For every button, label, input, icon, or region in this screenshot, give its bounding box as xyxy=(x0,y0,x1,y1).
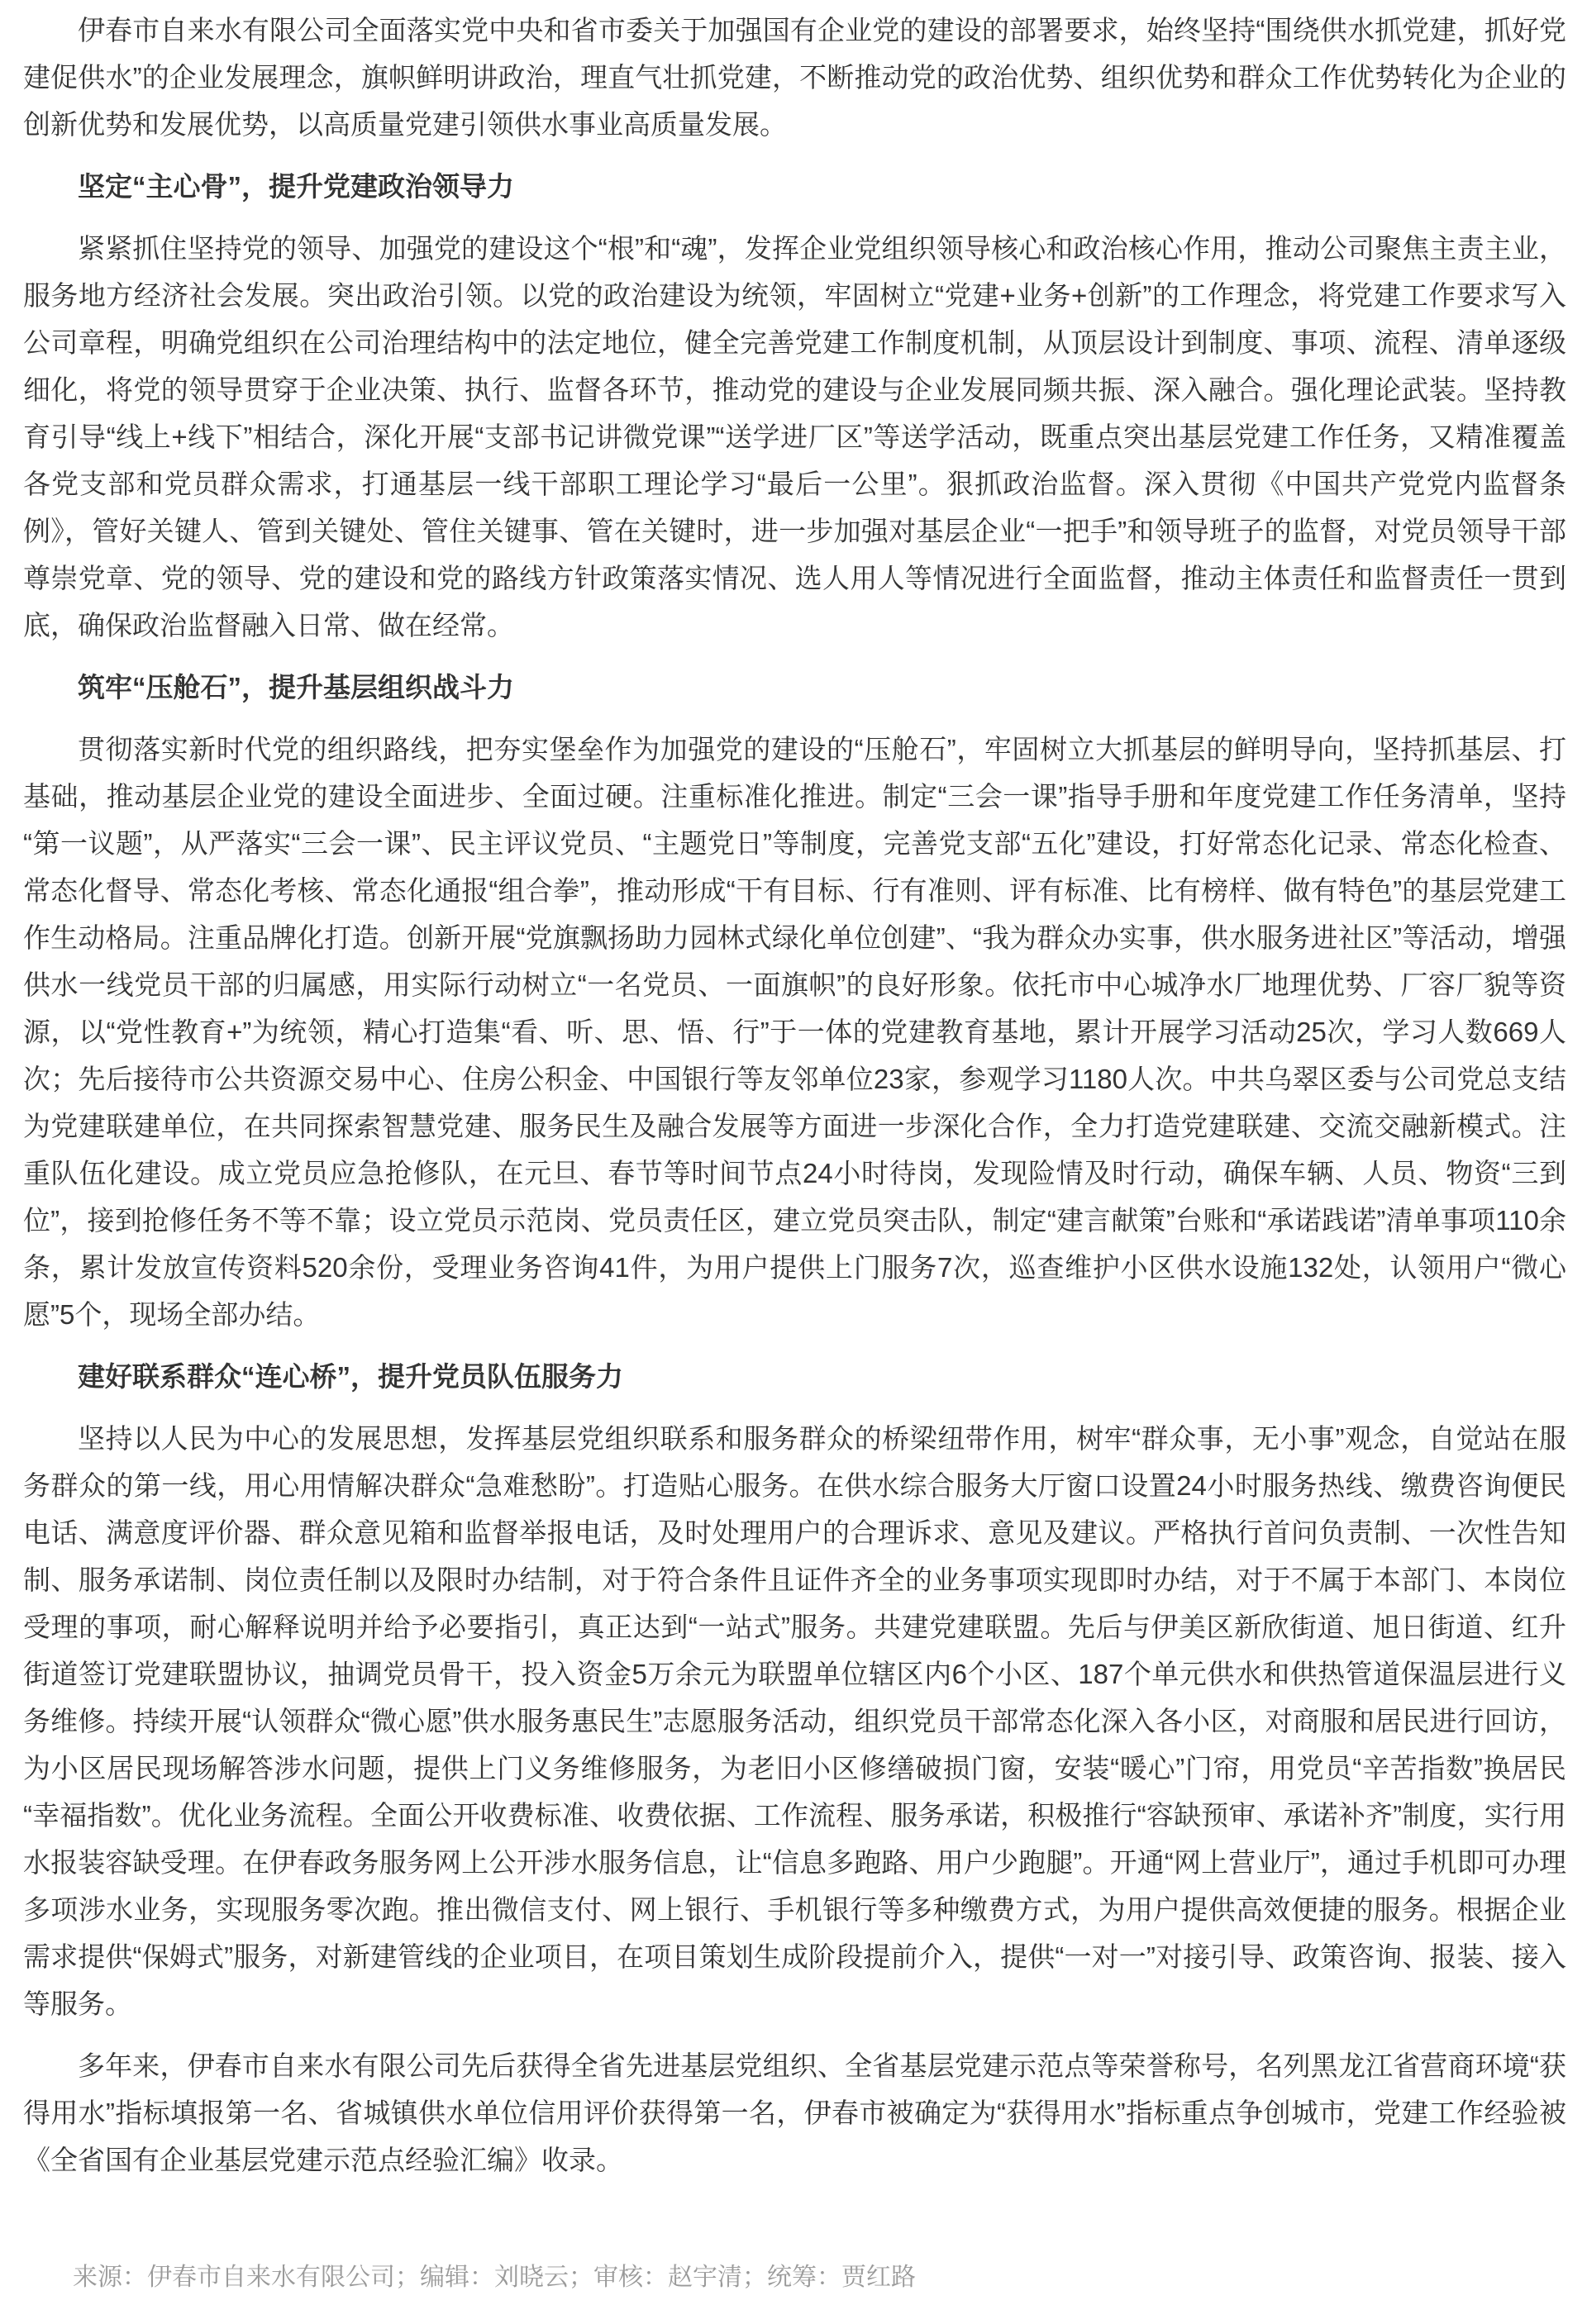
section-heading: 筑牢“压舱石”，提升基层组织战斗力 xyxy=(23,664,1566,711)
section-heading: 建好联系群众“连心桥”，提升党员队伍服务力 xyxy=(23,1353,1566,1400)
body-paragraph: 紧紧抓住坚持党的领导、加强党的建设这个“根”和“魂”，发挥企业党组织领导核心和政… xyxy=(23,225,1566,649)
body-paragraph: 伊春市自来水有限公司全面落实党中央和省市委关于加强国有企业党的建设的部署要求，始… xyxy=(23,7,1566,148)
body-paragraph: 贯彻落实新时代党的组织路线，把夯实堡垒作为加强党的建设的“压舱石”，牢固树立大抓… xyxy=(23,726,1566,1338)
body-paragraph: 坚持以人民为中心的发展思想，发挥基层党组织联系和服务群众的桥梁纽带作用，树牢“群… xyxy=(23,1415,1566,2027)
article-page: 伊春市自来水有限公司全面落实党中央和省市委关于加强国有企业党的建设的部署要求，始… xyxy=(0,0,1587,2324)
article-credits: 来源：伊春市自来水有限公司；编辑：刘晓云；审核：赵宇清；统筹：贾红路 xyxy=(23,2254,1566,2301)
section-heading: 坚定“主心骨”，提升党建政治领导力 xyxy=(23,163,1566,210)
body-paragraph: 多年来，伊春市自来水有限公司先后获得全省先进基层党组织、全省基层党建示范点等荣誉… xyxy=(23,2042,1566,2184)
article-body: 伊春市自来水有限公司全面落实党中央和省市委关于加强国有企业党的建设的部署要求，始… xyxy=(23,7,1566,2184)
